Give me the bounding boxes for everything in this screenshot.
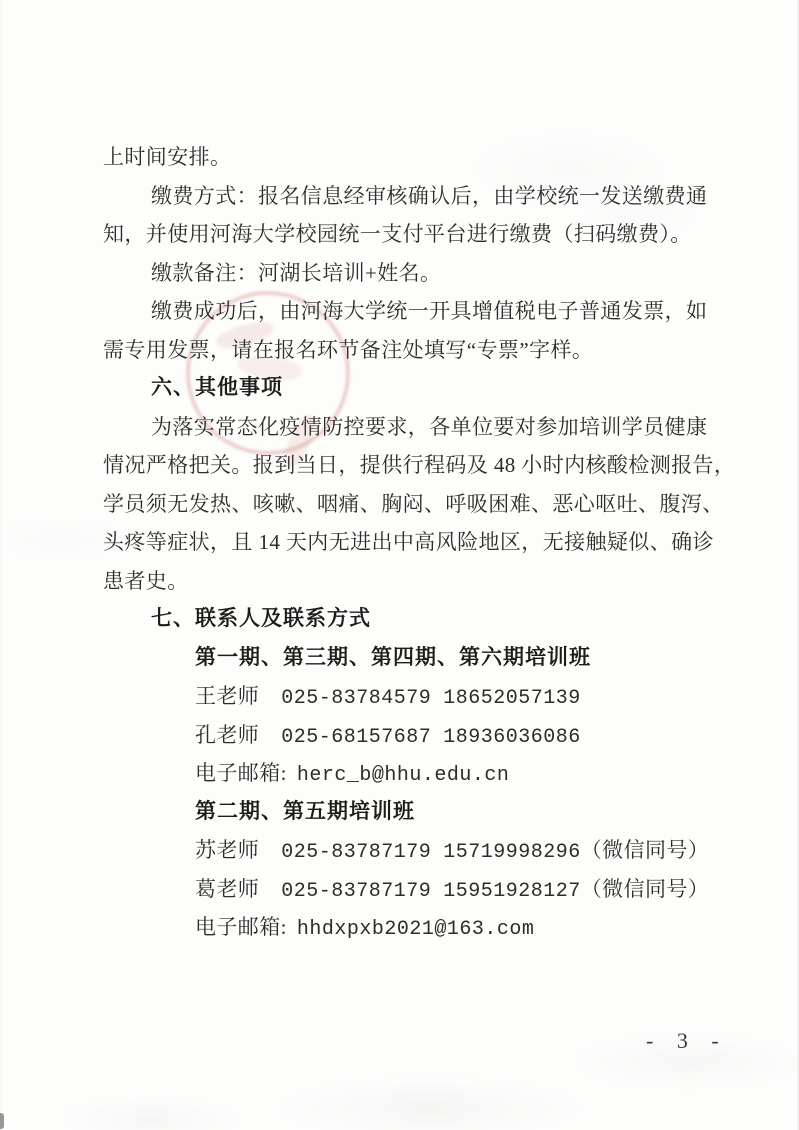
phone-number: 025-83784579 [281, 680, 431, 719]
wechat-note: （微信同号） [581, 870, 709, 909]
text-line: 缴款备注：河湖长培训+姓名。 [103, 254, 743, 293]
email-address: herc_b@hhu.edu.cn [297, 757, 510, 796]
contact-name: 王老师 [195, 677, 259, 716]
document-lines: 上时间安排。缴费方式：报名信息经审核确认后，由学校统一发送缴费通知，并使用河海大… [103, 138, 743, 947]
text-line: 葛老师025-8378717915951928127（微信同号） [103, 870, 743, 909]
scan-edge-mark [0, 1113, 4, 1129]
text-line: 上时间安排。 [103, 138, 743, 177]
text-line: 七、联系人及联系方式 [103, 600, 743, 639]
text-line: 苏老师025-8378717915719998296（微信同号） [103, 831, 743, 870]
scanned-page: 上时间安排。缴费方式：报名信息经审核确认后，由学校统一发送缴费通知，并使用河海大… [0, 0, 799, 1130]
text-line: 电子邮箱:hhdxpxb2021@163.com [103, 908, 743, 947]
text-line: 第一期、第三期、第四期、第六期培训班 [103, 639, 743, 678]
text-line: 缴费方式：报名信息经审核确认后，由学校统一发送缴费通 [103, 177, 743, 216]
text-line: 情况严格把关。报到当日，提供行程码及 48 小时内核酸检测报告， [103, 446, 743, 485]
phone-number: 025-68157687 [281, 719, 431, 758]
mobile-number: 18936036086 [443, 719, 581, 758]
text-line: 第二期、第五期培训班 [103, 793, 743, 832]
text-line: 缴费成功后，由河海大学统一开具增值税电子普通发票，如 [103, 292, 743, 331]
text-line: 患者史。 [103, 562, 743, 601]
text-line: 王老师025-8378457918652057139 [103, 677, 743, 716]
text-line: 学员须无发热、咳嗽、咽痛、胸闷、呼吸困难、恶心呕吐、腹泻、 [103, 485, 743, 524]
contact-name: 孔老师 [195, 716, 259, 755]
phone-number: 025-83787179 [281, 834, 431, 873]
text-line: 需专用发票，请在报名环节备注处填写“专票”字样。 [103, 331, 743, 370]
email-address: hhdxpxb2021@163.com [297, 911, 535, 950]
text-line: 六、其他事项 [103, 369, 743, 408]
text-line: 电子邮箱:herc_b@hhu.edu.cn [103, 754, 743, 793]
contact-name: 葛老师 [195, 870, 259, 909]
contact-name: 苏老师 [195, 831, 259, 870]
text-line: 知，并使用河海大学校园统一支付平台进行缴费（扫码缴费）。 [103, 215, 743, 254]
phone-number: 025-83787179 [281, 873, 431, 912]
mobile-number: 18652057139 [443, 680, 581, 719]
mobile-number: 15951928127 [443, 873, 581, 912]
wechat-note: （微信同号） [581, 831, 709, 870]
email-label: 电子邮箱: [195, 754, 287, 793]
email-label: 电子邮箱: [195, 908, 287, 947]
page-number: - 3 - [646, 1028, 728, 1054]
text-line: 头疼等症状，且 14 天内无进出中高风险地区，无接触疑似、确诊 [103, 523, 743, 562]
text-line: 为落实常态化疫情防控要求，各单位要对参加培训学员健康 [103, 408, 743, 447]
text-line: 孔老师025-6815768718936036086 [103, 716, 743, 755]
mobile-number: 15719998296 [443, 834, 581, 873]
